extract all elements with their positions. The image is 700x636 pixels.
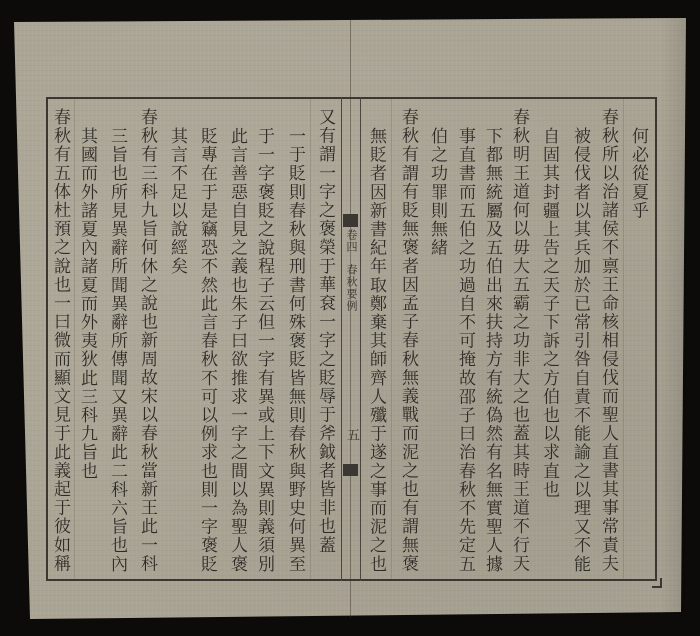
fold-page-number: 五: [344, 428, 358, 442]
text-column: 此言善惡自見之義也朱子曰欲推求一字之間以為聖人褒: [227, 127, 247, 573]
column-rule: [391, 99, 392, 579]
fold-title: 春秋要例: [344, 264, 358, 312]
text-column: 事直書而五伯之功過自不可掩故邵子曰治春秋不先定五: [455, 127, 475, 573]
text-column: 其國而外諸夏內諸夏而外夷狄此三科九旨也: [77, 127, 97, 480]
text-column: 春秋有三科九旨何休之說也新周故宋以春秋當新王此一科: [137, 108, 157, 573]
column-rule: [74, 99, 75, 579]
text-column: 春秋所以治諸侯不禀王命核相侵伐而聖人直書其事常責夫: [598, 108, 618, 573]
text-column: 自固其封疆上告之天子下訴之方伯也以求直也: [539, 127, 559, 499]
frame-corner-mark: [652, 578, 662, 588]
text-column: 下都無統屬及五伯出來扶持方有統偽然有名無實聖人據: [482, 127, 502, 573]
text-column: 春秋有五体杜預之說也一曰微而顯文見于此義起于彼如稱: [50, 108, 70, 573]
text-column: 貶專在于是竊恐不然此言春秋不可以例求也則一字褒貶: [197, 127, 217, 573]
fold-column-right-line: [360, 97, 361, 581]
fold-volume-label: 卷四: [344, 229, 358, 253]
text-column: 伯之功罪則無緒: [427, 127, 447, 257]
text-column: 無貶者因新書紀年取鄭棄其師齊人殲于遂之事而泥之也: [366, 127, 386, 573]
text-column: 一于貶則春秋與刑書何殊褒貶皆無則春秋與野史何異至: [285, 127, 305, 573]
text-column: 其言不足以說經矣: [167, 127, 187, 276]
fishtail-block-bottom: [343, 464, 358, 476]
column-rule: [310, 99, 311, 579]
text-column: 被侵伐者以其兵加於已常引咎自責不能諭之以理又不能: [570, 127, 590, 573]
text-column: 三旨也所見異辭所聞異辭所傳聞又異辭此二科六旨也內: [107, 127, 127, 573]
fishtail-block-top: [343, 214, 358, 227]
text-column: 于一字褒貶之說程子云但一字有異或上下文異則義須別: [254, 127, 274, 573]
text-column: 何必從夏乎: [628, 127, 648, 220]
paper-edge-shadow: [660, 18, 686, 614]
column-rule: [623, 99, 624, 579]
text-column: 春秋明王道何以毋大五霸之功非大之也蓋其時王道不行天: [509, 108, 529, 573]
text-column: 春秋有謂有貶無褒者因孟子春秋無義戰而泥之也有謂無褒: [398, 108, 418, 573]
fold-column-left-line: [341, 97, 342, 581]
text-column: 又有謂一字之褒榮于華袞一字之貶辱于斧鉞者皆非也蓋: [315, 108, 335, 554]
